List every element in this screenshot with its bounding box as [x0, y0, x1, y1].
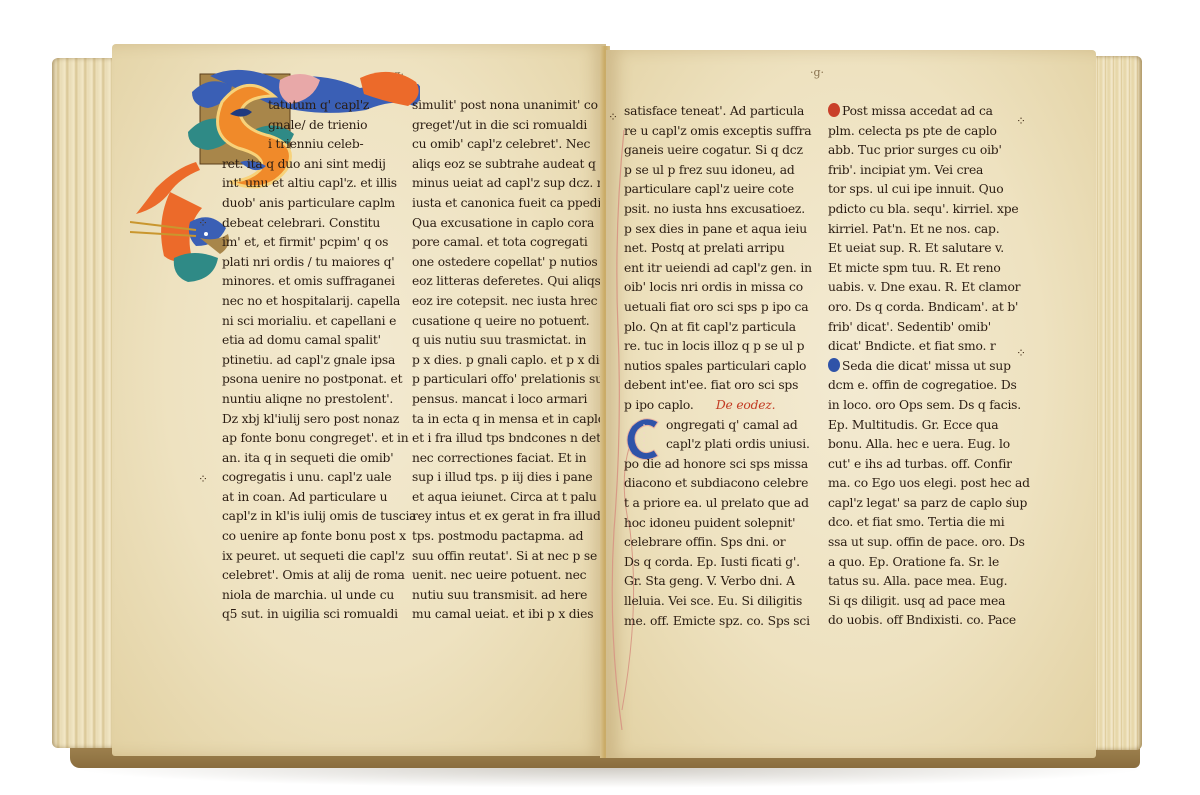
text-line: oib' locis nri ordis in missa co	[624, 278, 812, 298]
text-line: in loco. oro Ops sem. Ds q facis.	[828, 396, 1030, 416]
text-line: an. ita q in sequeti die omib'	[222, 449, 416, 469]
text-line: celebrare offin. Sps dni. or	[624, 533, 810, 553]
text-line: p particulari offo' prelationis sus	[412, 370, 613, 390]
margin-cross-icon: ⁘	[578, 312, 588, 326]
text-line: dcm e. offin de cogregatioe. Ds	[828, 376, 1030, 396]
text-line: psona uenire no postponat. et	[222, 370, 416, 390]
text-line: kirriel. Pat'n. Et ne nos. cap.	[828, 220, 1030, 240]
text-line: nutiu suu transmisit. ad here	[412, 586, 613, 606]
text-segment: Post missa accedat ad ca	[842, 104, 993, 118]
text-line: debeat celebrari. Constitu	[222, 214, 416, 234]
text-line: q5 sut. in uigilia sci romualdi	[222, 605, 416, 625]
text-segment: Seda die dicat' missa ut sup	[842, 359, 1011, 373]
text-line: et i fra illud tps bndcones n det.	[412, 429, 613, 449]
text-line: cut' e ihs ad turbas. off. Confir	[828, 455, 1030, 475]
text-line: lleluia. Vei sce. Eu. Si diligitis	[624, 592, 810, 612]
text-line: capl'z legat' sa parz de caplo sup	[828, 494, 1030, 514]
text-line: a quo. Ep. Oratione fa. Sr. le	[828, 553, 1030, 573]
text-line: int' unu et altiu capl'z. et illis	[222, 174, 416, 194]
text-line: do uobis. off Bndixisti. co. Pace	[828, 611, 1030, 631]
text-line: dco. et fiat smo. Tertia die mi	[828, 513, 1030, 533]
text-line: Ds q corda. Ep. Iusti ficati g'.	[624, 553, 810, 573]
text-line: co uenire ap fonte bonu post x	[222, 527, 416, 547]
text-line: q uis nutiu suu trasmictat. in	[412, 331, 613, 351]
text-line: Post missa accedat ad ca	[828, 102, 1030, 122]
left-page: ·g· tatutum q' capl'z gnale/ de trienio	[112, 44, 606, 756]
text-line: p se ul p frez suu idoneu, ad	[624, 161, 812, 181]
text-line: plo. Qn at fit capl'z particula	[624, 318, 812, 338]
text-line: ma. co Ego uos elegi. post hec ad	[828, 474, 1030, 494]
text-line: ongregati q' camal ad	[624, 416, 810, 436]
text-line: celebret'. Omis at alij de roma	[222, 566, 416, 586]
text-line: Qua excusatione in caplo cora	[412, 214, 613, 234]
text-line: gnale/ de trienio	[268, 116, 369, 136]
text-line: oro. Ds q corda. Bndicam'. at b'	[828, 298, 1030, 318]
text-line: Dz xbj kl'iulij sero post nonaz	[222, 410, 416, 430]
text-line: abb. Tuc prior surges cu oib'	[828, 141, 1030, 161]
text-segment: debeat celebrari. Constitu	[222, 216, 380, 230]
text-line: niola de marchia. ul unde cu	[222, 586, 416, 606]
text-line: nuntiu aliqne no prestolent'.	[222, 390, 416, 410]
text-line: ta in ecta q in mensa et in caplo.	[412, 410, 613, 430]
text-line: p x dies. p gnali caplo. et p x dies	[412, 351, 613, 371]
margin-cross-icon: ⁘	[198, 216, 208, 230]
text-line: tor sps. ul cui ipe innuit. Quo	[828, 180, 1030, 200]
text-line: eoz ire cotepsit. nec iusta hrec	[412, 292, 613, 312]
text-line: ptinetiu. ad capl'z gnale ipsa	[222, 351, 416, 371]
text-line: ix peuret. ut sequeti die capl'z	[222, 547, 416, 567]
red-initial-icon	[828, 103, 840, 117]
text-line: bonu. Alla. hec e uera. Eug. lo	[828, 435, 1030, 455]
left-column-1-body: ret. ita q duo ani sint medij int' unu e…	[222, 155, 416, 625]
text-line: nutios spales particulari caplo	[624, 357, 812, 377]
text-line: ent itr ueiendi ad capl'z gen. in	[624, 259, 812, 279]
blue-initial-icon	[828, 358, 840, 372]
text-line: plati nri ordis / tu maiores q'	[222, 253, 416, 273]
text-line: et aqua ieiunet. Circa at t palu	[412, 488, 613, 508]
text-line: Ep. Multitudis. Gr. Ecce qua	[828, 416, 1030, 436]
text-line: duob' anis particulare caplm	[222, 194, 416, 214]
open-manuscript: ·g· tatutum q' capl'z gnale/ de trienio	[0, 0, 1200, 795]
text-line: uabis. v. Dne exau. R. Et clamor	[828, 278, 1030, 298]
text-line: p ipo caplo. De eodez.	[624, 396, 812, 416]
text-line: pore camal. et tota cogregati	[412, 233, 613, 253]
text-line: tatus su. Alla. pace mea. Eug.	[828, 572, 1030, 592]
text-line: simulit' post nona unanimit' co	[412, 96, 613, 116]
text-line: sup i illud tps. p iij dies i pane	[412, 468, 613, 488]
text-line: po die ad honore sci sps missa	[624, 455, 810, 475]
text-line: frib'. incipiat ym. Vei crea	[828, 161, 1030, 181]
text-line: ganeis ueire cogatur. Si q dcz	[624, 141, 812, 161]
text-line: i trienniu celeb-	[268, 135, 369, 155]
right-column-1: satisface teneat'. Ad particula re u cap…	[624, 102, 812, 416]
text-line: hoc idoneu puident solepnit'	[624, 514, 810, 534]
text-line: satisface teneat'. Ad particula	[624, 102, 812, 122]
text-line: etia ad domu camal spalit'	[222, 331, 416, 351]
text-line: ret. ita q duo ani sint medij	[222, 155, 416, 175]
text-line: eoz litteras deferetes. Qui aliqs	[412, 272, 613, 292]
text-line: minores. et omis suffraganei	[222, 272, 416, 292]
text-line: me. off. Emicte spz. co. Sps sci	[624, 612, 810, 632]
text-line: tatutum q' capl'z	[268, 96, 369, 116]
right-column-2: Post missa accedat ad ca plm. celecta ps…	[828, 102, 1030, 631]
text-line: re. tuc in locis illoz q p se ul p	[624, 337, 812, 357]
margin-cross-icon: ⁘	[608, 110, 618, 124]
text-line: iusta et canonica fueit ca ppedit'.	[412, 194, 613, 214]
text-line: ap fonte bonu congreget'. et in	[222, 429, 416, 449]
text-line: cu omib' capl'z celebret'. Nec	[412, 135, 613, 155]
margin-cross-icon: ⁘	[1016, 114, 1026, 128]
text-line: dicat' Bndicte. et fiat smo. r	[828, 337, 1030, 357]
text-line: uetuali fiat oro sci sps p ipo ca	[624, 298, 812, 318]
left-column-2: simulit' post nona unanimit' co greget'/…	[412, 96, 613, 625]
text-line: Si qs diligit. usq ad pace mea	[828, 592, 1030, 612]
text-line: tps. postmodu pactapma. ad	[412, 527, 613, 547]
folio-mark: ·g·	[810, 66, 824, 79]
text-line: Et micte spm tuu. R. Et reno	[828, 259, 1030, 279]
text-line: at in coan. Ad particulare u	[222, 488, 416, 508]
text-line: Et ueiat sup. R. Et salutare v.	[828, 239, 1030, 259]
text-line: plm. celecta ps pte de caplo	[828, 122, 1030, 142]
text-line: nec no et hospitalarij. capella	[222, 292, 416, 312]
left-column-1: tatutum q' capl'z gnale/ de trienio i tr…	[268, 96, 369, 155]
text-line: greget'/ut in die sci romualdi	[412, 116, 613, 136]
text-line: psit. no iusta hns excusatioez.	[624, 200, 812, 220]
text-line: pensus. mancat i loco armari	[412, 390, 613, 410]
text-line: Gr. Sta geng. V. Verbo dni. A	[624, 572, 810, 592]
text-line: diacono et subdiacono celebre	[624, 474, 810, 494]
text-line: uenit. nec ueire potuent. nec	[412, 566, 613, 586]
text-line: rey intus et ex gerat in fra illud	[412, 507, 613, 527]
rubric-heading: De eodez.	[716, 398, 775, 412]
right-column-1-continued: ongregati q' camal ad capl'z plati ordis…	[624, 416, 810, 632]
text-line: ssa ut sup. offin de pace. oro. Ds	[828, 533, 1030, 553]
text-line: minus ueiat ad capl'z sup dcz. n	[412, 174, 613, 194]
text-line: debent int'ee. fiat oro sci sps	[624, 376, 812, 396]
text-line: one ostedere copellat' p nutios	[412, 253, 613, 273]
text-line: nec correctiones faciat. Et in	[412, 449, 613, 469]
text-line: capl'z in kl'is iulij omis de tuscia	[222, 507, 416, 527]
text-line: Seda die dicat' missa ut sup	[828, 357, 1030, 377]
text-line: mu camal ueiat. et ibi p x dies	[412, 605, 613, 625]
text-line: cogregatis i unu. capl'z uale	[222, 468, 416, 488]
text-line: particulare capl'z ueire cote	[624, 180, 812, 200]
right-page: ·g· satisface teneat'. Ad particula re u…	[606, 50, 1096, 758]
margin-cross-icon: ⁘	[1006, 494, 1016, 508]
text-line: ni sci morialiu. et capellani e	[222, 312, 416, 332]
text-line: im' et, et firmit' pcpim' q os	[222, 233, 416, 253]
margin-cross-icon: ⁘	[1016, 346, 1026, 360]
text-line: suu offin reutat'. Si at nec p se	[412, 547, 613, 567]
text-line: capl'z plati ordis uniusi.	[624, 435, 810, 455]
text-line: pdicto cu bla. sequ'. kirriel. xpe	[828, 200, 1030, 220]
right-page-stack	[1090, 56, 1142, 750]
text-line: aliqs eoz se subtrahe audeat q	[412, 155, 613, 175]
text-line: frib' dicat'. Sedentib' omib'	[828, 318, 1030, 338]
text-line: p sex dies in pane et aqua ieiu	[624, 220, 812, 240]
text-segment: p ipo caplo.	[624, 398, 694, 412]
margin-cross-icon: ⁘	[198, 472, 208, 486]
text-line: t a priore ea. ul prelato que ad	[624, 494, 810, 514]
text-line: net. Postq at prelati arripu	[624, 239, 812, 259]
text-line: re u capl'z omis exceptis suffra	[624, 122, 812, 142]
